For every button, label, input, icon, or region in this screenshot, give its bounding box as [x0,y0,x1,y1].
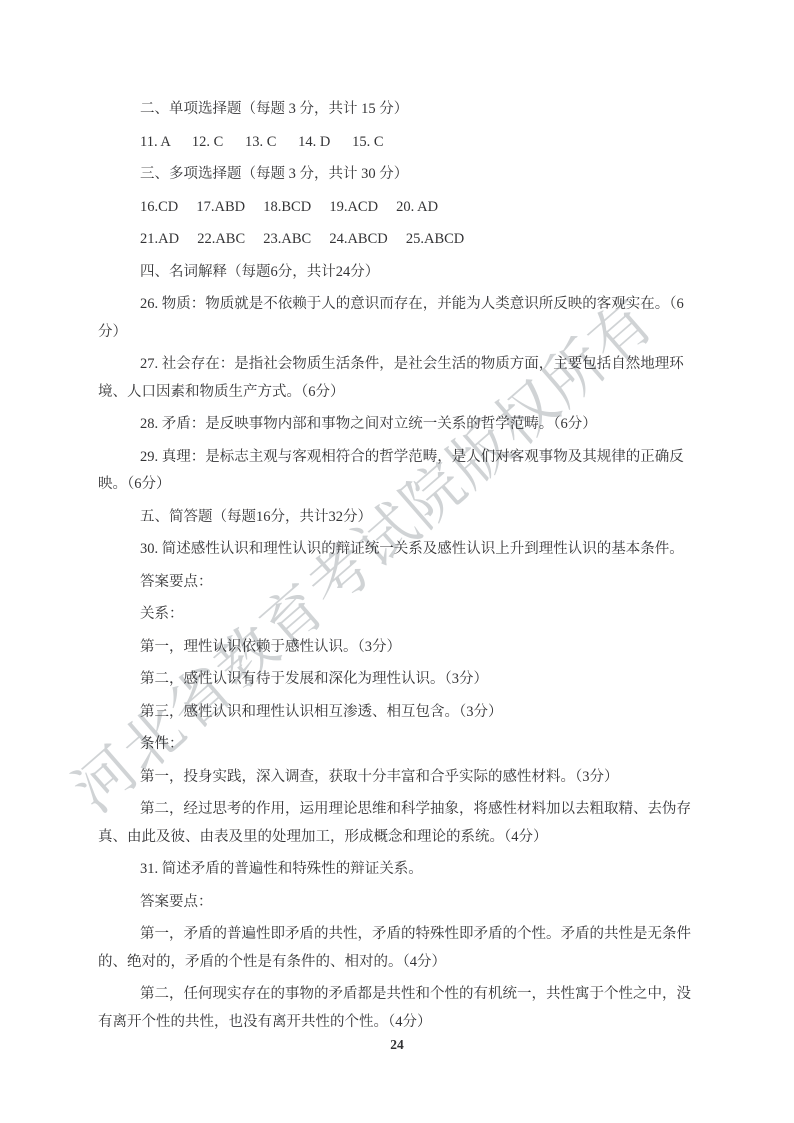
text-line: 28. 矛盾：是反映事物内部和事物之间对立统一关系的哲学范畴。（6分） [98,411,698,439]
text-line: 29. 真理：是标志主观与客观相符合的哲学范畴，是人们对客观事物及其规律的正确反 [98,444,698,472]
text-line: 答案要点： [98,569,698,597]
text-line: 26. 物质：物质就是不依赖于人的意识而存在，并能为人类意识所反映的客观实在。（… [98,291,698,319]
text-line: 第一，理性认识依赖于感性认识。（3分） [98,634,698,662]
page-number: 24 [0,1035,794,1055]
text-line: 27. 社会存在：是指社会物质生活条件，是社会生活的物质方面，主要包括自然地理环 [98,351,698,379]
text-line: 第三，感性认识和理性认识相互渗透、相互包含。（3分） [98,699,698,727]
text-line: 分） [98,319,698,347]
text-line: 第二，感性认识有待于发展和深化为理性认识。（3分） [98,666,698,694]
text-line: 关系： [98,601,698,629]
text-line: 30. 简述感性认识和理性认识的辩证统一关系及感性认识上升到理性认识的基本条件。 [98,536,698,564]
text-line: 三、多项选择题（每题 3 分，共计 30 分） [98,161,698,189]
text-line: 真、由此及彼、由表及里的处理加工，形成概念和理论的系统。（4分） [98,824,698,852]
text-line: 16.CD 17.ABD 18.BCD 19.ACD 20. AD [98,194,698,222]
text-line: 21.AD 22.ABC 23.ABC 24.ABCD 25.ABCD [98,226,698,254]
text-line: 条件： [98,731,698,759]
text-line: 31. 简述矛盾的普遍性和特殊性的辩证关系。 [98,856,698,884]
text-line: 的、绝对的，矛盾的个性是有条件的、相对的。（4分） [98,949,698,977]
document-page: 河北省教育考试院版权所有 二、单项选择题（每题 3 分，共计 15 分）11. … [0,0,794,1123]
text-line: 四、名词解释（每题6分，共计24分） [98,259,698,287]
text-line: 有离开个性的共性，也没有离开共性的个性。（4分） [98,1009,698,1037]
text-line: 五、简答题（每题16分，共计32分） [98,504,698,532]
text-line: 境、人口因素和物质生产方式。（6分） [98,379,698,407]
text-line: 答案要点： [98,889,698,917]
content-area: 二、单项选择题（每题 3 分，共计 15 分）11. A 12. C 13. C… [98,96,698,1036]
text-line: 第二，任何现实存在的事物的矛盾都是共性和个性的有机统一，共性寓于个性之中，没 [98,981,698,1009]
text-line: 二、单项选择题（每题 3 分，共计 15 分） [98,96,698,124]
text-line: 第二，经过思考的作用，运用理论思维和科学抽象，将感性材料加以去粗取精、去伪存 [98,796,698,824]
text-line: 第一，投身实践，深入调查，获取十分丰富和合乎实际的感性材料。（3分） [98,764,698,792]
text-line: 第一，矛盾的普遍性即矛盾的共性，矛盾的特殊性即矛盾的个性。矛盾的共性是无条件 [98,921,698,949]
text-line: 11. A 12. C 13. C 14. D 15. C [98,129,698,157]
text-line: 映。（6分） [98,471,698,499]
